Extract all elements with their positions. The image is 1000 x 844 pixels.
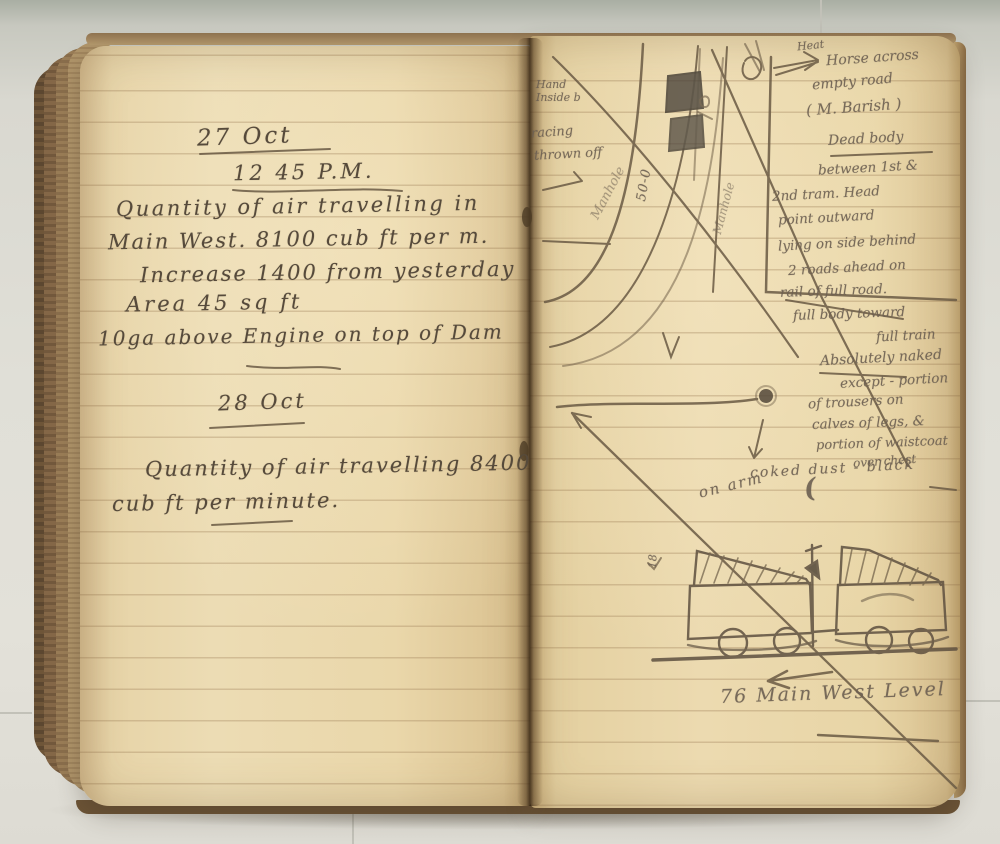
left-time-heading: 12 45 P.M.: [233, 159, 375, 185]
left-date-heading-2: 28 Oct: [218, 388, 308, 415]
notebook-photo: 27 Oct 12 45 P.M. Quantity of air travel…: [0, 0, 1000, 844]
left-line-4: Area 45 sq ft: [126, 289, 303, 316]
cart-dimension-label: 18: [646, 554, 659, 568]
margin-note-line-1: Hand: [536, 78, 566, 91]
margin-note-line-3: racing: [531, 124, 574, 142]
left-date-heading: 27 Oct: [197, 122, 293, 151]
note-line-8: full train: [876, 326, 936, 345]
wall-seam-horizontal-right: [964, 700, 1000, 702]
left-line-7: cub ft per minute.: [112, 488, 340, 516]
wall-seam-horizontal-left: [0, 712, 32, 714]
margin-note-line-2: Inside b: [536, 91, 581, 104]
